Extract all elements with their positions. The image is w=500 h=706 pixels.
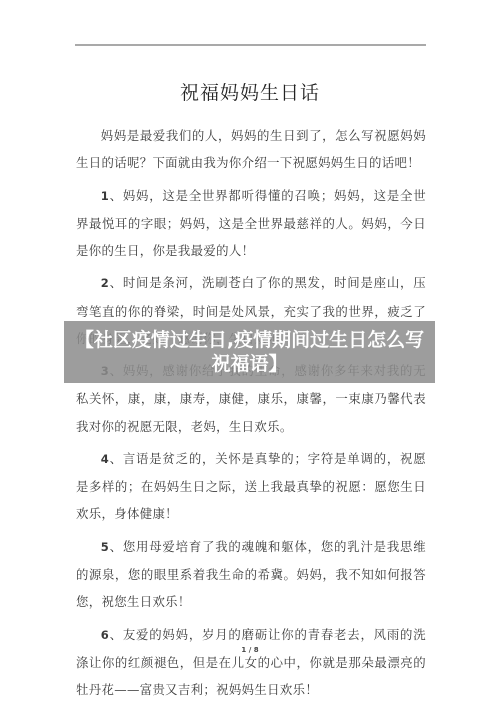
header-rule bbox=[75, 44, 426, 46]
intro-paragraph: 妈妈是最爱我们的人，妈妈的生日到了，怎么写祝愿妈妈生日的话呢？下面就由我为你介绍… bbox=[76, 122, 426, 176]
paragraph-text: 、言语是贫乏的，关怀是真挚的；字符是单调的，祝愿是多样的；在妈妈生日之际，送上我… bbox=[76, 451, 426, 521]
paragraph-text: 、友爱的妈妈，岁月的磨砺让你的青春老去，风雨的洗涤让你的红颜褪色，但是在儿女的心… bbox=[76, 627, 426, 697]
paragraph-number: 2 bbox=[101, 276, 109, 290]
paragraph-number: 4 bbox=[101, 452, 109, 466]
document-page: 祝福妈妈生日话 妈妈是最爱我们的人，妈妈的生日到了，怎么写祝愿妈妈生日的话呢？下… bbox=[0, 0, 500, 706]
paragraph-text: 、妈妈，这是全世界都听得懂的召唤；妈妈，这是全世界最悦耳的字眼；妈妈，这是全世界… bbox=[76, 188, 426, 258]
document-body: 妈妈是最爱我们的人，妈妈的生日到了，怎么写祝愿妈妈生日的话呢？下面就由我为你介绍… bbox=[76, 122, 426, 706]
wish-paragraph-1: 1、妈妈，这是全世界都听得懂的召唤；妈妈，这是全世界最悦耳的字眼；妈妈，这是全世… bbox=[76, 182, 426, 265]
article-title-banner: 【社区疫情过生日,疫情期间过生日怎么写祝福语】 bbox=[64, 321, 435, 383]
banner-title: 【社区疫情过生日,疫情期间过生日怎么写祝福语】 bbox=[70, 328, 430, 376]
document-title: 祝福妈妈生日话 bbox=[0, 78, 500, 105]
wish-paragraph-6: 6、友爱的妈妈，岁月的磨砺让你的青春老去，风雨的洗涤让你的红颜褪色，但是在儿女的… bbox=[76, 621, 426, 704]
paragraph-text: 、您用母爱培育了我的魂魄和躯体，您的乳汁是我思维的源泉，您的眼里系着我生命的希冀… bbox=[76, 539, 426, 609]
paragraph-number: 6 bbox=[101, 628, 109, 642]
wish-paragraph-4: 4、言语是贫乏的，关怀是真挚的；字符是单调的，祝愿是多样的；在妈妈生日之际，送上… bbox=[76, 445, 426, 528]
wish-paragraph-5: 5、您用母爱培育了我的魂魄和躯体，您的乳汁是我思维的源泉，您的眼里系着我生命的希… bbox=[76, 533, 426, 616]
paragraph-number: 5 bbox=[101, 540, 109, 554]
page-number: 1 / 8 bbox=[0, 646, 500, 654]
paragraph-number: 1 bbox=[101, 189, 109, 203]
